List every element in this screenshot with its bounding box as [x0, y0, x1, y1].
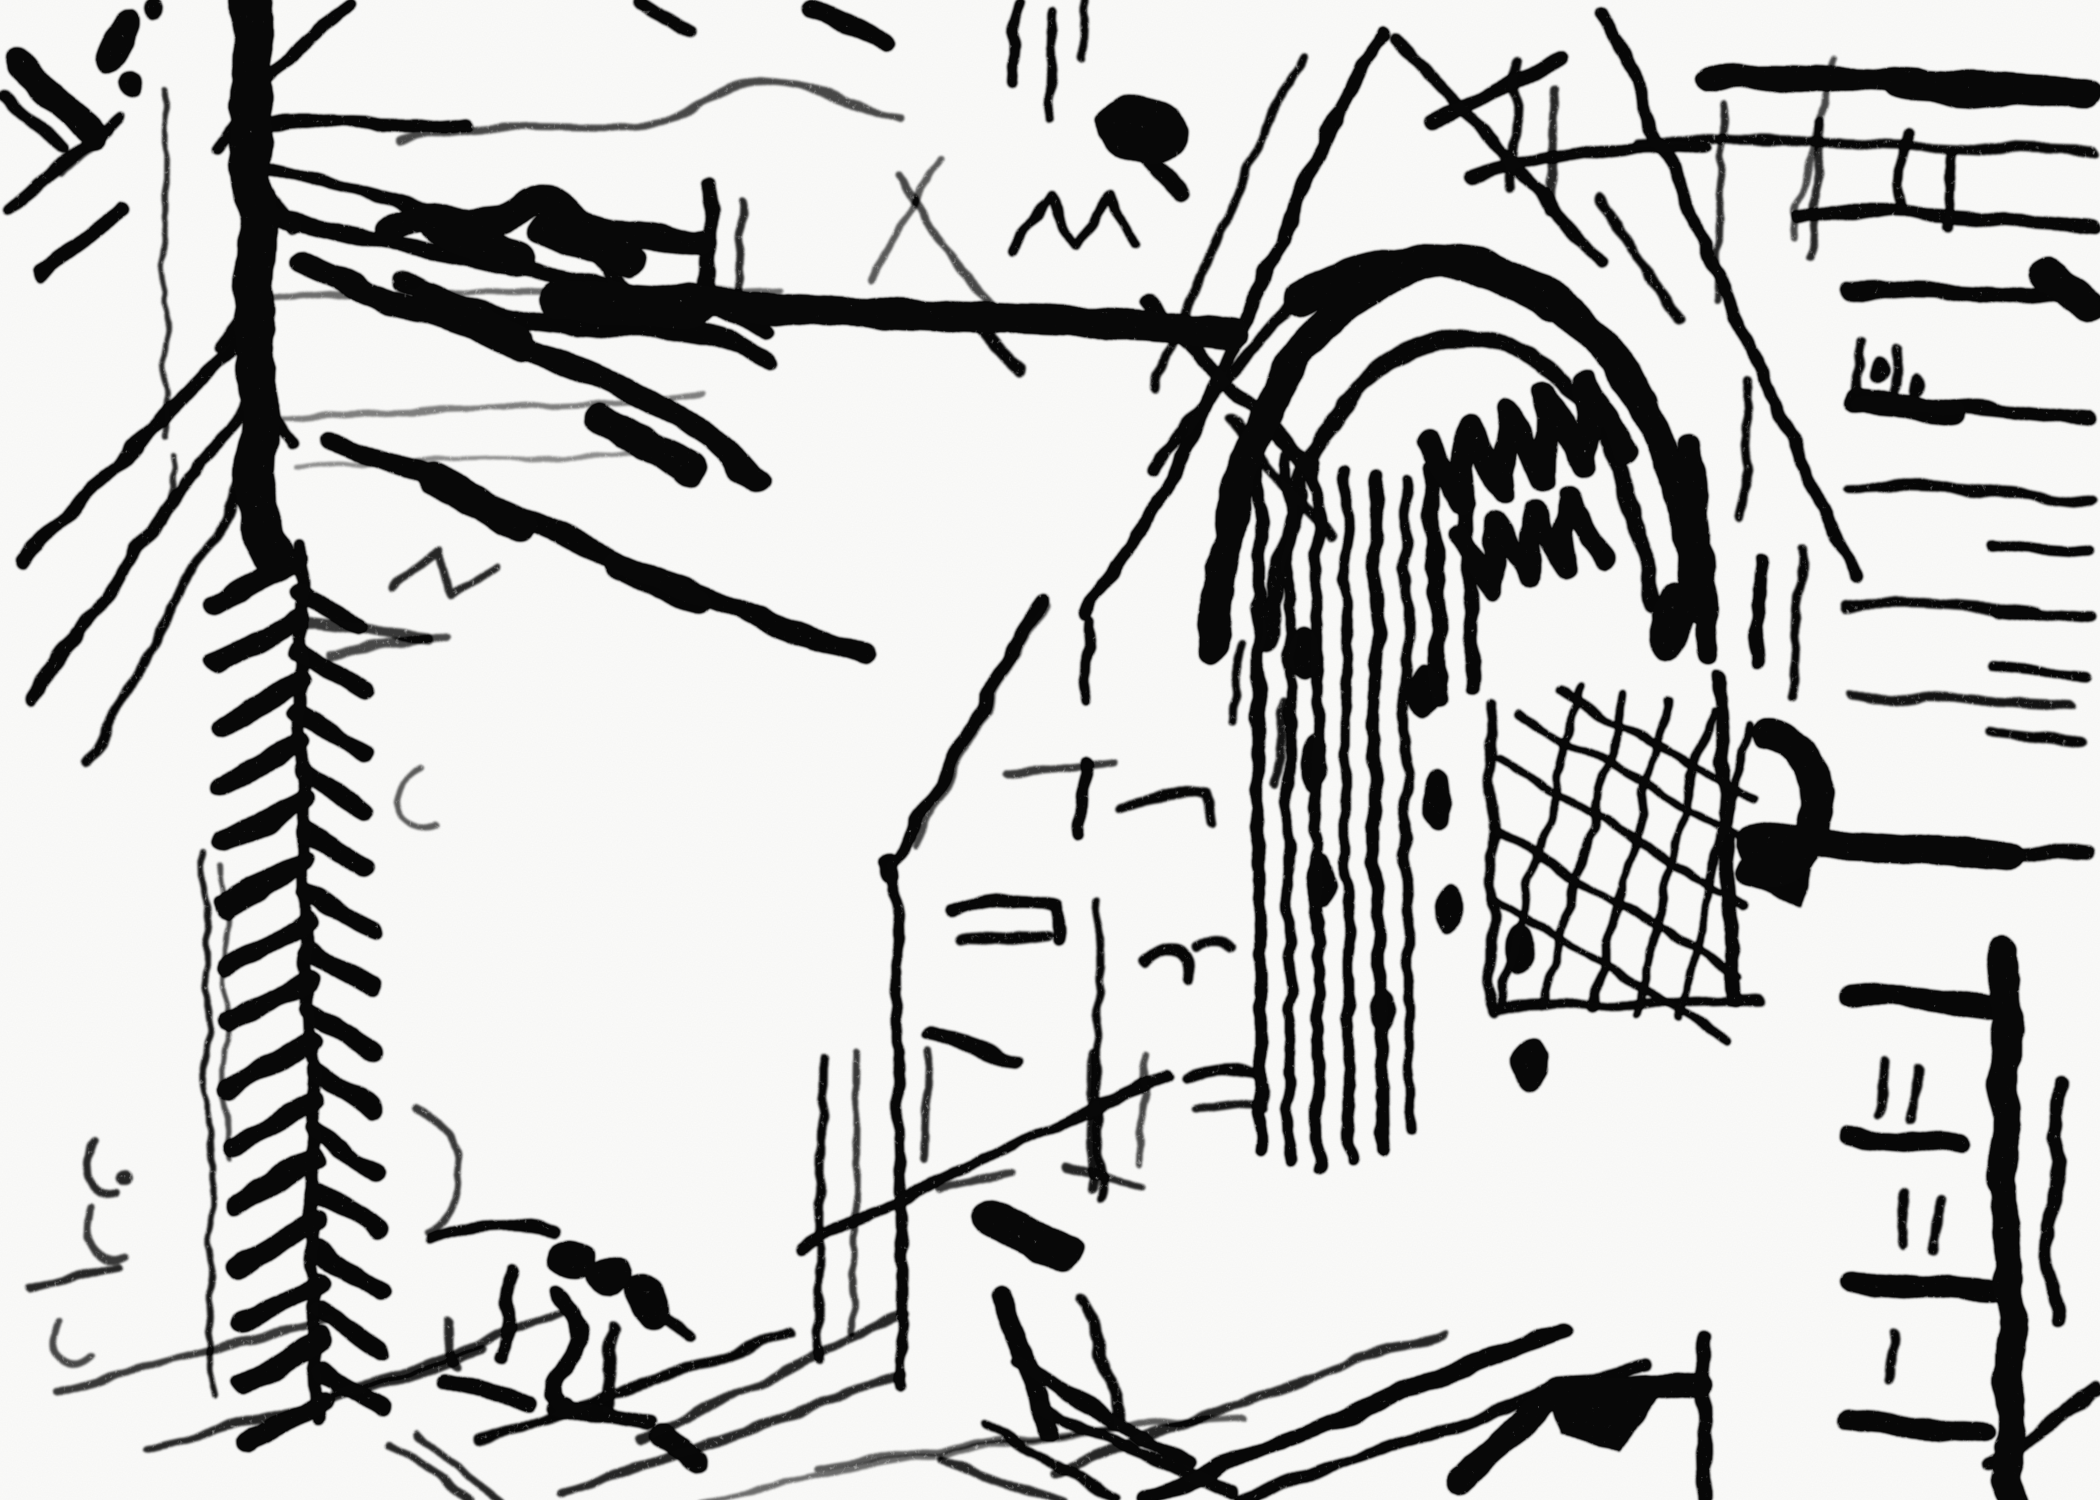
charcoal-sketch-canvas: [0, 0, 2100, 1500]
sketch-svg: [0, 0, 2100, 1500]
